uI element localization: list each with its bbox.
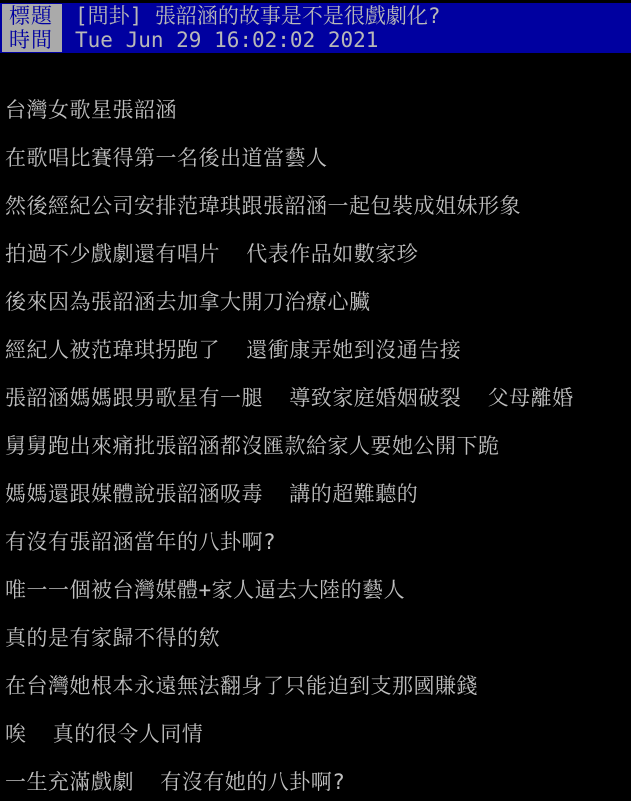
body-line: 一生充滿戲劇 有沒有她的八卦啊? <box>5 770 631 794</box>
body-line: 後來因為張韶涵去加拿大開刀治療心臟 <box>5 290 631 314</box>
article-title: [問卦] 張韶涵的故事是不是很戲劇化? <box>75 4 441 28</box>
body-line: 然後經紀公司安排范瑋琪跟張韶涵一起包裝成姐妹形象 <box>5 194 631 218</box>
article-body: 台灣女歌星張韶涵 在歌唱比賽得第一名後出道當藝人 然後經紀公司安排范瑋琪跟張韶涵… <box>0 53 631 794</box>
body-line: 在台灣她根本永遠無法翻身了只能迫到支那國賺錢 <box>5 674 631 698</box>
title-row: 標題 [問卦] 張韶涵的故事是不是很戲劇化? <box>0 4 631 28</box>
body-line: 媽媽還跟媒體說張韶涵吸毒 講的超難聽的 <box>5 482 631 506</box>
body-line: 真的是有家歸不得的欸 <box>5 626 631 650</box>
body-line: 唉 真的很令人同情 <box>5 722 631 746</box>
time-row: 時間 Tue Jun 29 16:02:02 2021 <box>0 28 631 52</box>
body-line: 在歌唱比賽得第一名後出道當藝人 <box>5 146 631 170</box>
title-label: 標題 <box>2 4 62 28</box>
body-line: 經紀人被范瑋琪拐跑了 還衝康弄她到沒通告接 <box>5 338 631 362</box>
time-label: 時間 <box>2 28 62 52</box>
body-line: 張韶涵媽媽跟男歌星有一腿 導致家庭婚姻破裂 父母離婚 <box>5 386 631 410</box>
body-line: 拍過不少戲劇還有唱片 代表作品如數家珍 <box>5 242 631 266</box>
body-line: 唯一一個被台灣媒體+家人逼去大陸的藝人 <box>5 578 631 602</box>
body-line: 有沒有張韶涵當年的八卦啊? <box>5 530 631 554</box>
ptt-terminal-screen: 標題 [問卦] 張韶涵的故事是不是很戲劇化? 時間 Tue Jun 29 16:… <box>0 0 631 801</box>
body-line: 台灣女歌星張韶涵 <box>5 98 631 122</box>
article-timestamp: Tue Jun 29 16:02:02 2021 <box>75 28 378 52</box>
article-header: 標題 [問卦] 張韶涵的故事是不是很戲劇化? 時間 Tue Jun 29 16:… <box>0 3 631 53</box>
body-line: 舅舅跑出來痛批張韶涵都沒匯款給家人要她公開下跪 <box>5 434 631 458</box>
